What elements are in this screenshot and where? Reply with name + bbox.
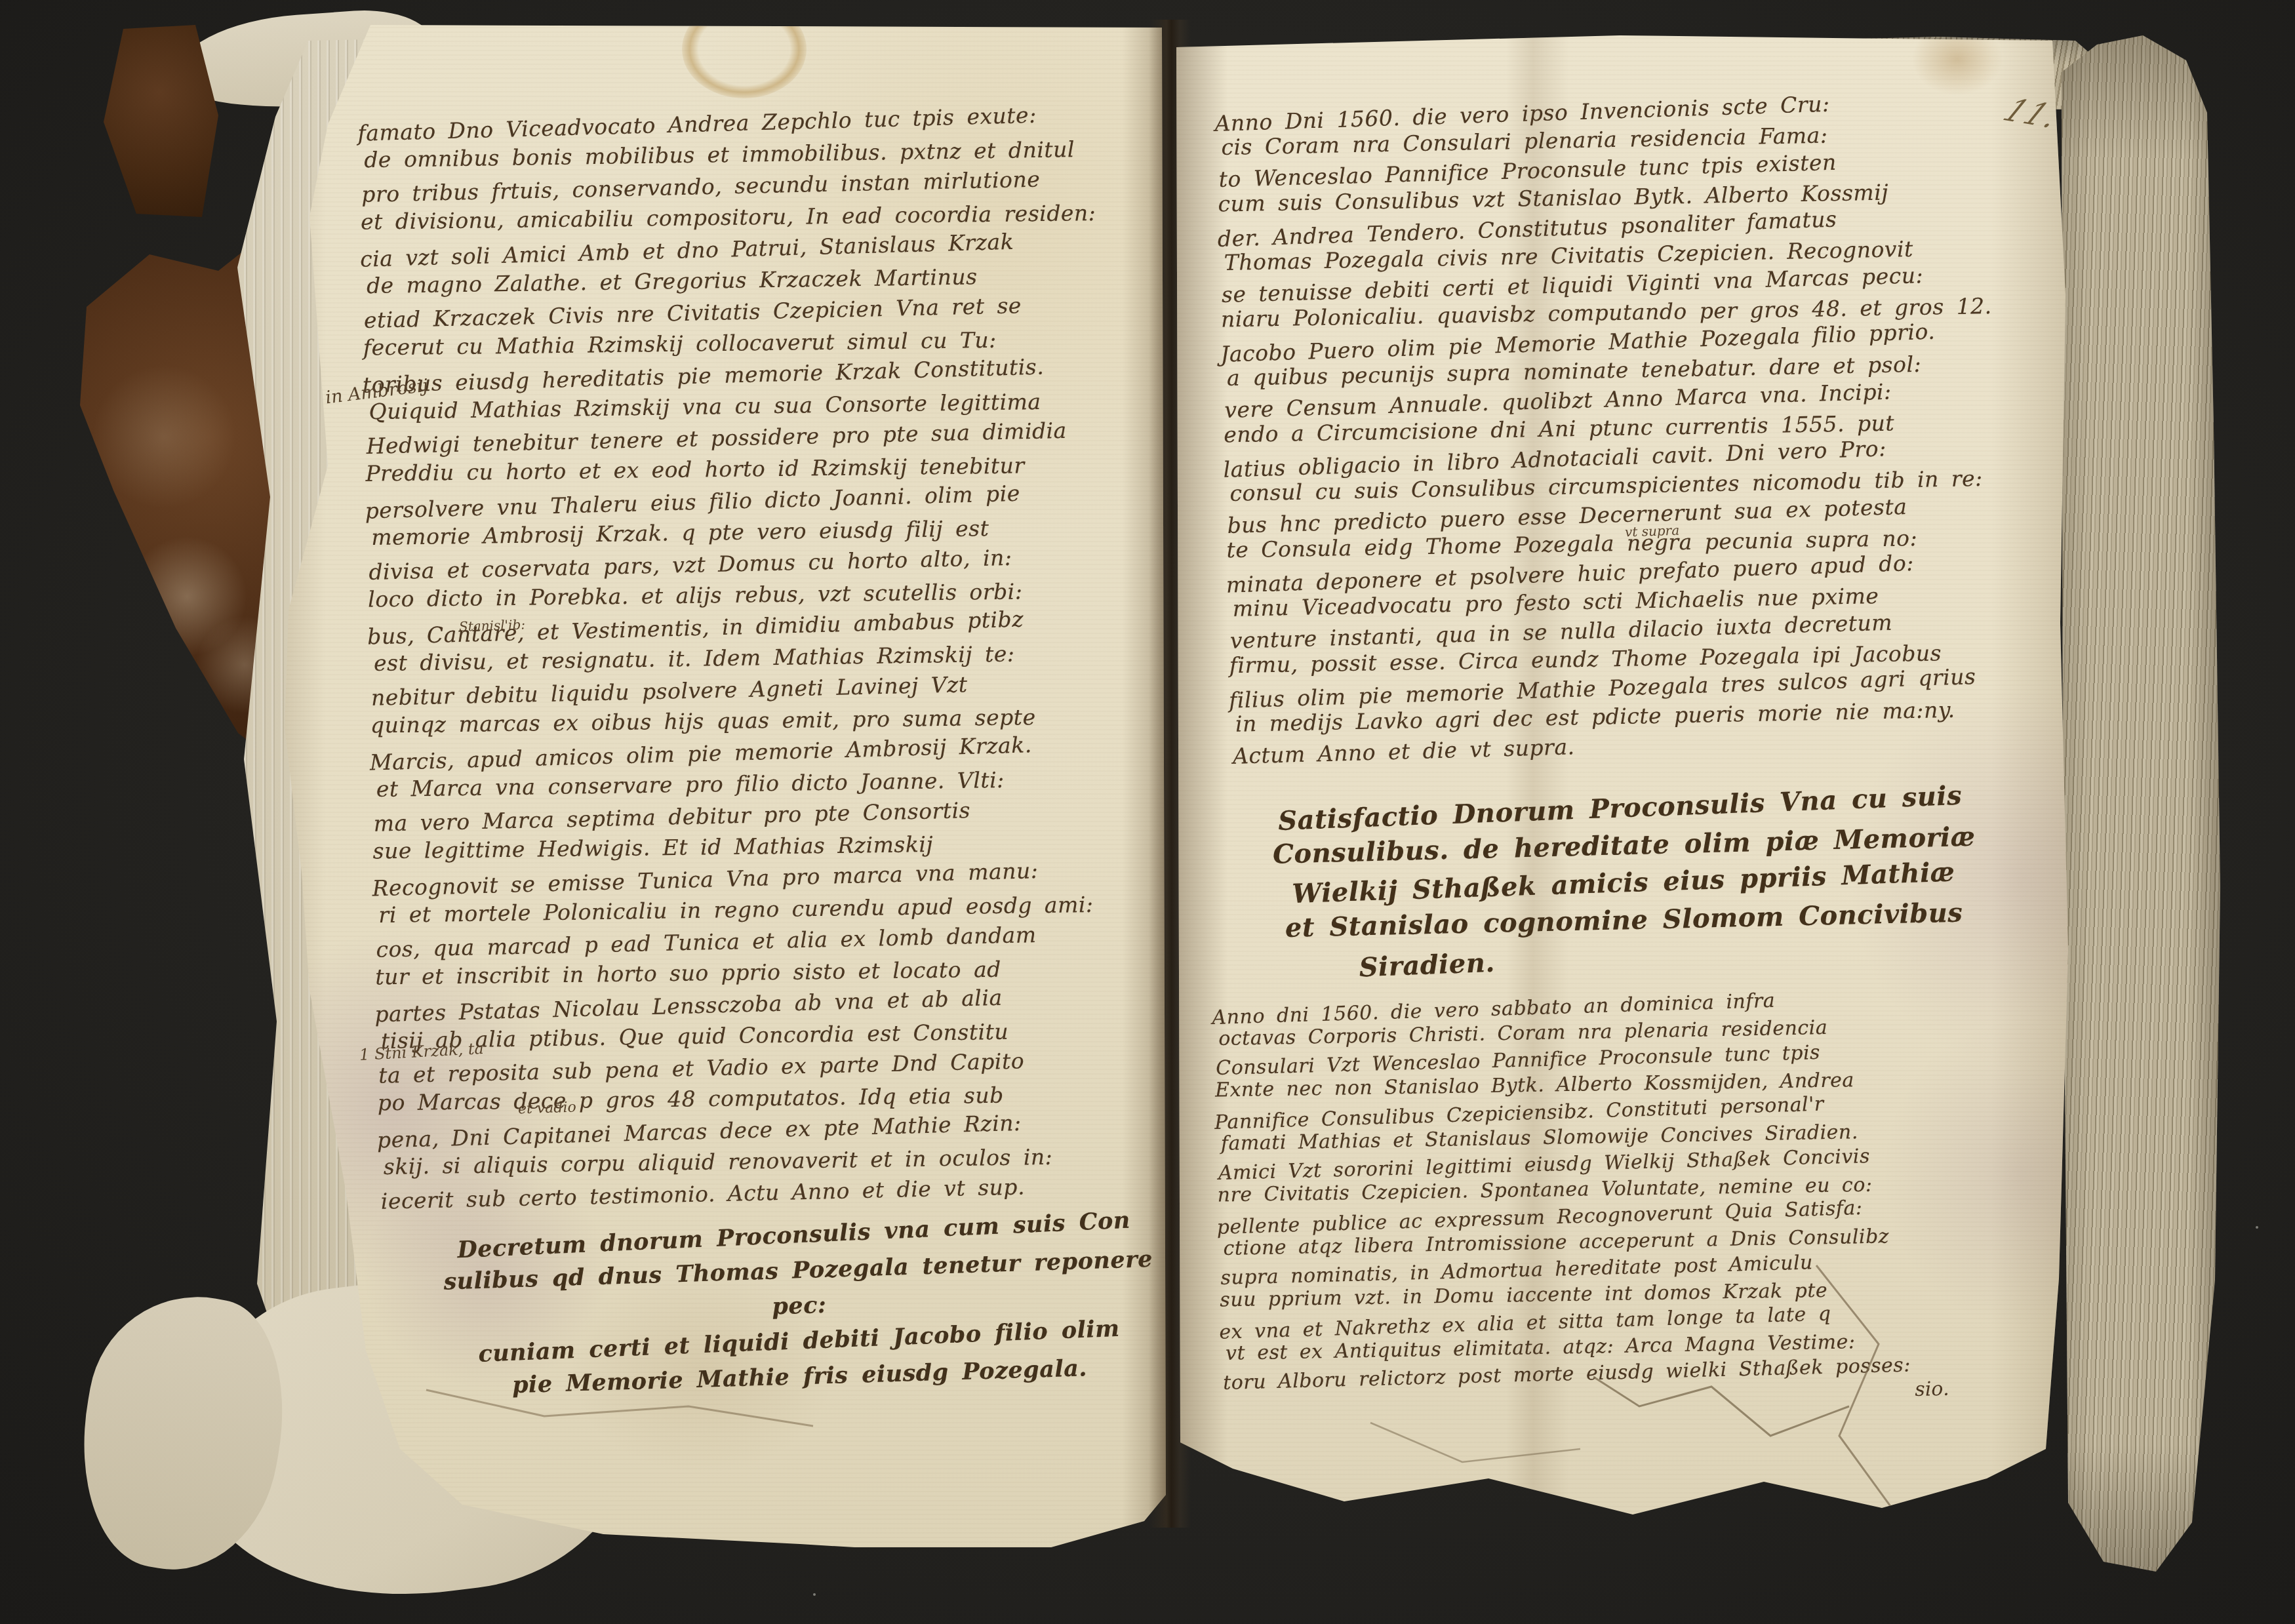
interline-note: vt supra [1625, 523, 1680, 540]
manuscript-photograph: famato Dno Viceadvocato Andrea Zepchlo t… [0, 0, 2295, 1624]
interline-note: Stanisl'ib: [459, 616, 526, 635]
ink-ring-stain [682, 0, 807, 98]
dust-speck [813, 1593, 816, 1596]
left-page-decree-heading: Decretum dnorum Proconsulis vna cum suis… [426, 1204, 1167, 1408]
right-page-opening-text-block: Anno Dni 1560. die vero ipso Invencionis… [1214, 86, 2056, 769]
book-fore-edge-page-stack [2058, 34, 2222, 1601]
left-page: famato Dno Viceadvocato Andrea Zepchlo t… [262, 20, 1167, 1547]
dust-speck [2256, 1226, 2258, 1229]
right-page-body-text-block: Anno dni 1560. die vero sabbato an domin… [1212, 983, 2053, 1395]
interline-note: et vadio [518, 1099, 577, 1117]
right-page-satisfactio-heading: Satisfactio Dnorum Proconsulis Vna cu su… [1229, 778, 2015, 988]
right-page-last-word: sio. [1915, 1377, 1949, 1401]
right-page: 11. Anno Dni 1560. die vero ipso Invenci… [1174, 33, 2072, 1521]
